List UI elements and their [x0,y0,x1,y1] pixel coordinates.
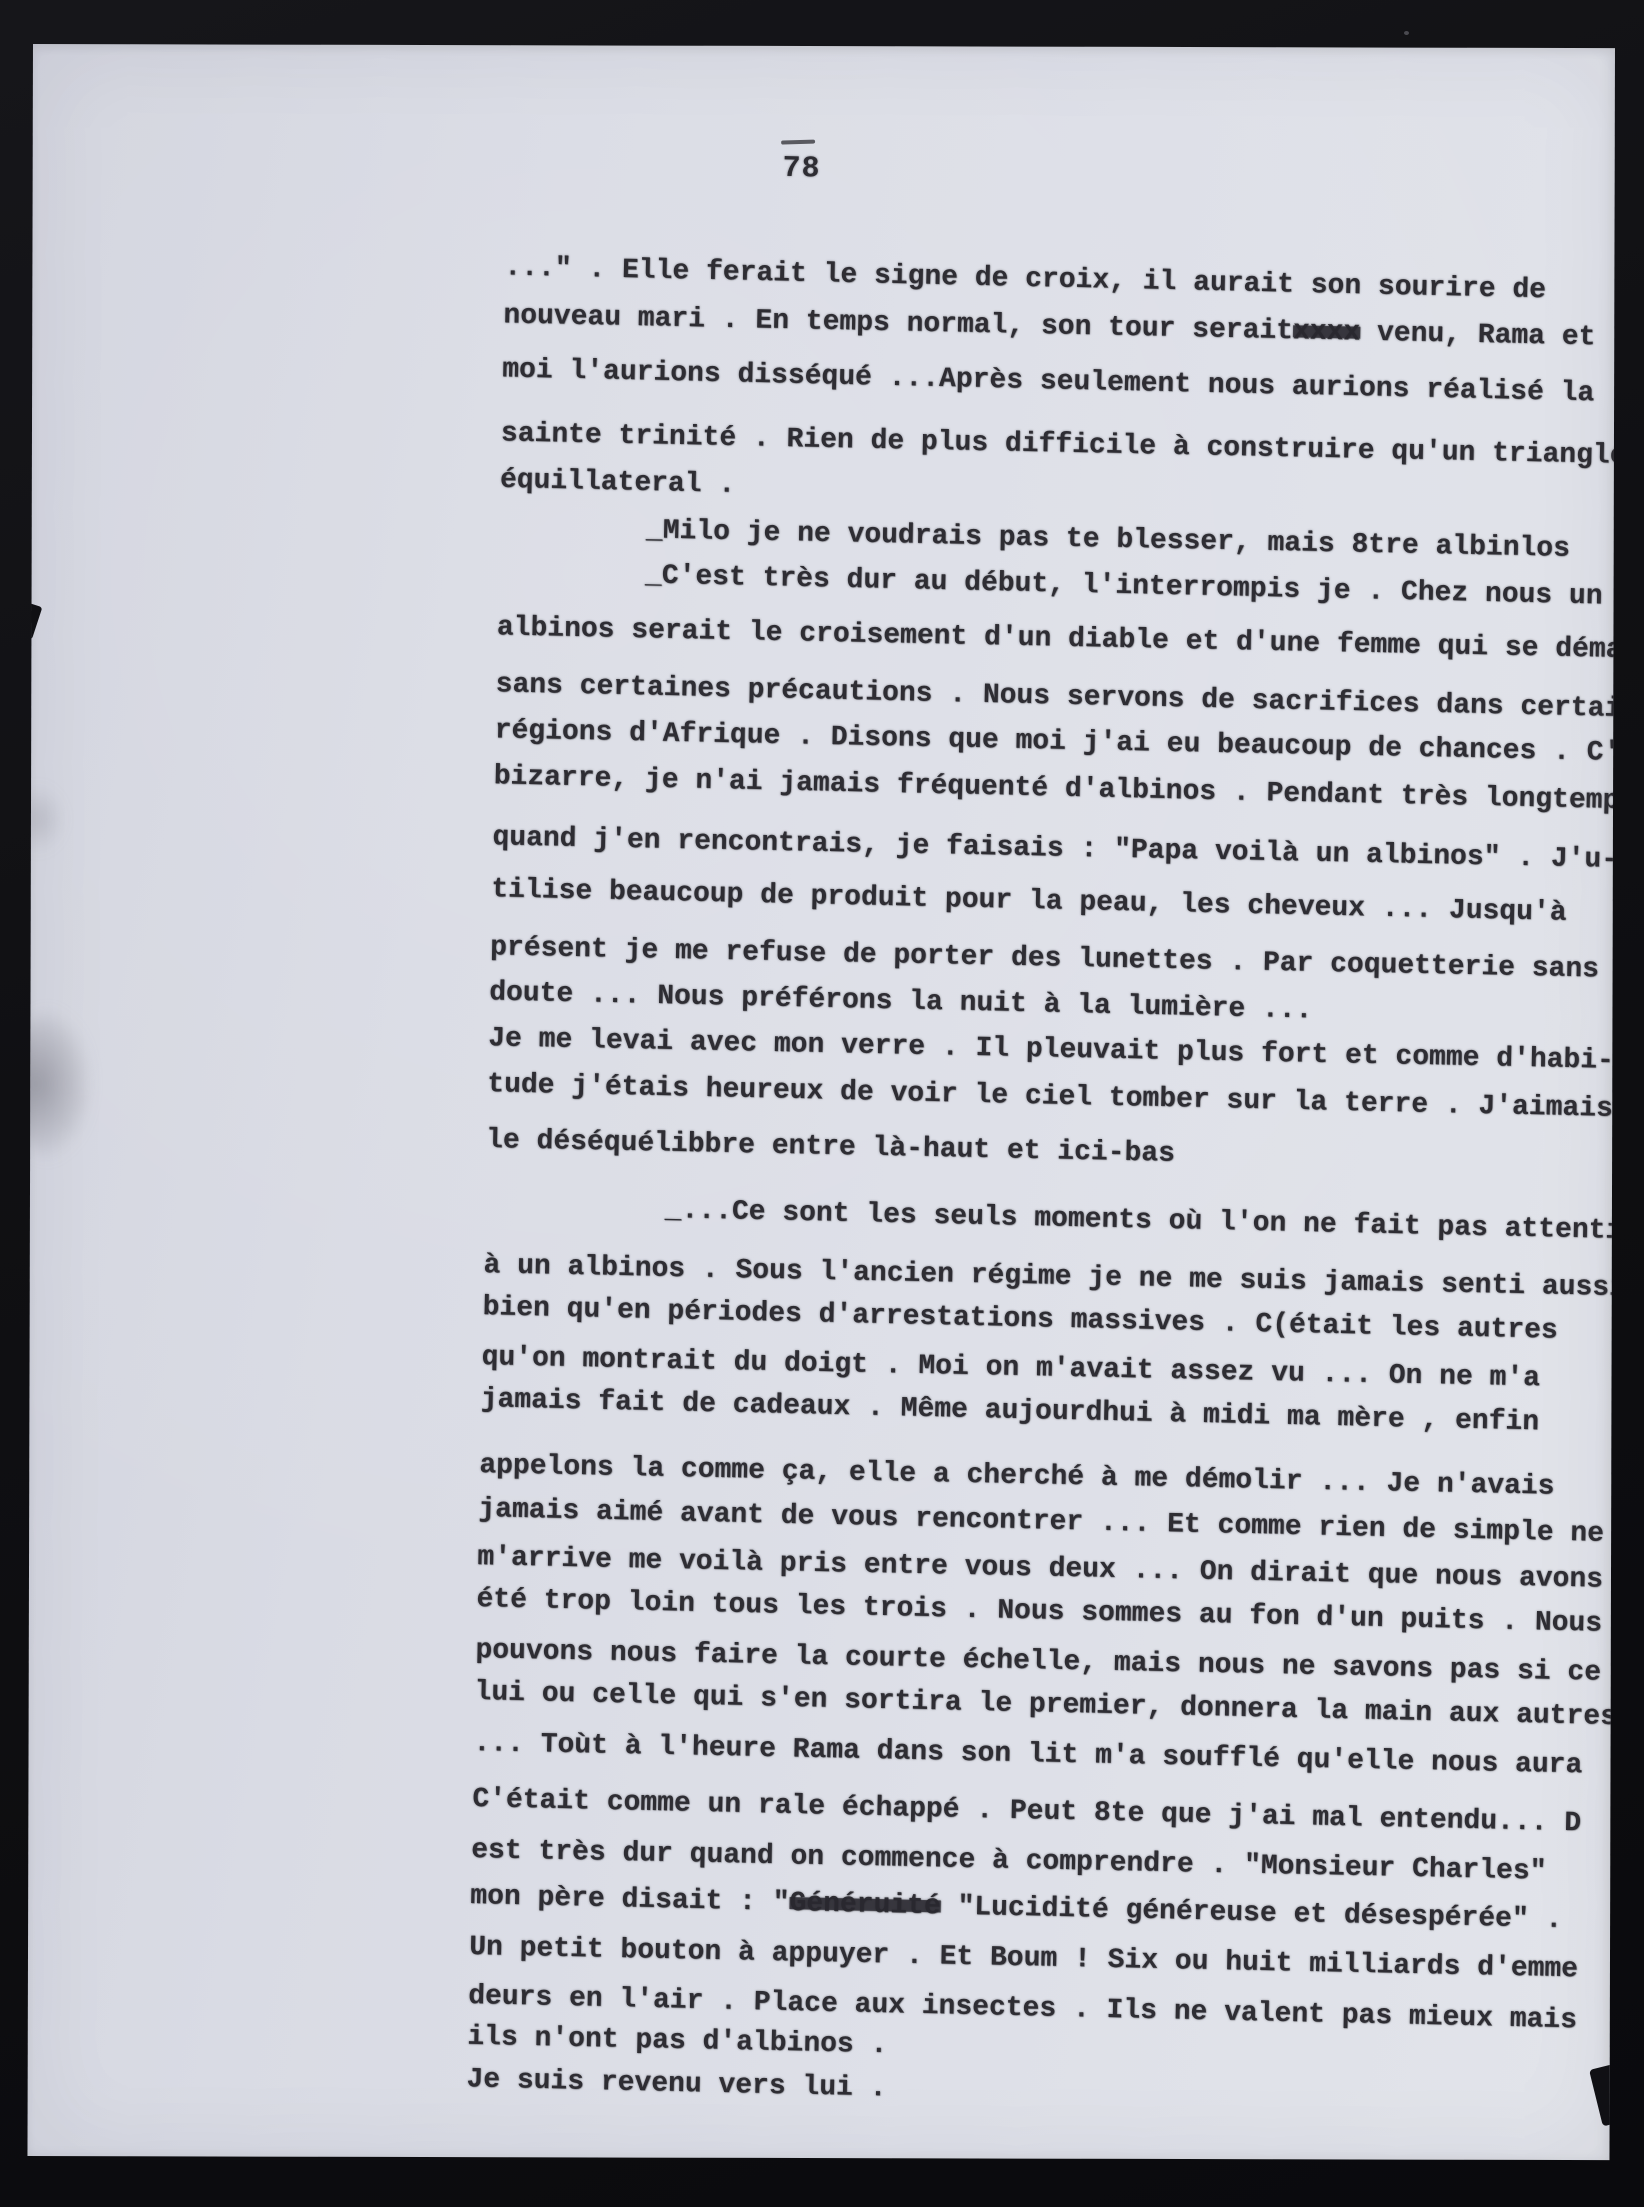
text-line: Je suis revenu vers lui . [466,2064,887,2104]
text-line: sans certaines précautions . Nous servon… [495,669,1615,726]
text-line: tilise beaucoup de produit pour la peau,… [491,874,1567,929]
text-line: jamais aimé avant de vous rencontrer ...… [478,1494,1604,1550]
overstruck-text: Généruité [789,1888,941,1922]
overtype-mark [781,140,815,145]
text-line: est très dur quand on commence à compren… [471,1835,1547,1888]
text-line: quand j'en rencontrais, je faisais : "Pa… [492,822,1615,876]
text-line: sainte trinité . Rien de plus difficile … [501,418,1615,472]
text-line: _...Ce sont les seuls moments où l'on ne… [664,1195,1615,1248]
text-line: _Milo je ne voudrais pas te blesser, mai… [646,515,1571,565]
text-line: tude j'étais heureux de voir le ciel tom… [487,1069,1613,1125]
page-number: 78 [782,152,821,187]
text-line: équillateral . [500,465,736,501]
text-line: moi l'aurions disséqué ...Après seulemen… [502,354,1595,409]
text-line: nouveau mari . En temps normal, son tour… [503,300,1596,353]
text-line: albinos serait le croisement d'un diable… [497,612,1615,667]
typewritten-text-layer: 78 ..." . Elle ferait le signe de croix,… [27,44,1614,2160]
text-line: ils n'ont pas d'albinos . [467,2022,888,2061]
text-line: régions d'Afrique . Disons que moi j'ai … [494,715,1615,770]
text-line: le déséquélibbre entre là-haut et ici-ba… [486,1125,1175,1170]
text-line: C'était comme un rale échappé . Peut 8te… [472,1784,1581,1839]
text-line: jamais fait de cadeaux . Même aujourdhui… [480,1384,1539,1438]
dust-speck [1404,31,1409,35]
text-line: doute ... Nous préférons la nuit à la lu… [489,977,1313,1026]
overstruck-text: xxxx [1293,316,1361,348]
text-line: bizarre, je n'ai jamais fréquenté d'albi… [493,761,1615,817]
text-line: Je me levai avec mon verre . Il pleuvait… [488,1023,1614,1077]
text-line: présent je me refuse de porter des lunet… [490,932,1599,985]
text-line: _C'est très dur au début, l'interrompis … [645,560,1603,612]
text-line: été trop loin tous les trois . Nous somm… [476,1584,1602,1640]
document-page: 78 ..." . Elle ferait le signe de croix,… [27,44,1615,2160]
text-line: mon père disait : "Généruité "Lucidité g… [470,1881,1563,1936]
text-line: qu'on montrait du doigt . Moi on m'avait… [481,1342,1540,1394]
text-line: ... Toùt à l'heure Rama dans son lit m'a… [473,1728,1582,1781]
text-line: Un petit bouton à appuyer . Et Boum ! Si… [469,1932,1578,1985]
text-line: bien qu'en périodes d'arrestations massi… [482,1292,1558,1347]
text-line: appelons la comme ça, elle a cherché à m… [479,1450,1555,1503]
text-lines: ..." . Elle ferait le signe de croix, il… [33,44,1615,77]
paper-notch-right [1589,2064,1615,2127]
text-line: ..." . Elle ferait le signe de croix, il… [504,252,1546,306]
photo-background: 78 ..." . Elle ferait le signe de croix,… [0,0,1644,2207]
